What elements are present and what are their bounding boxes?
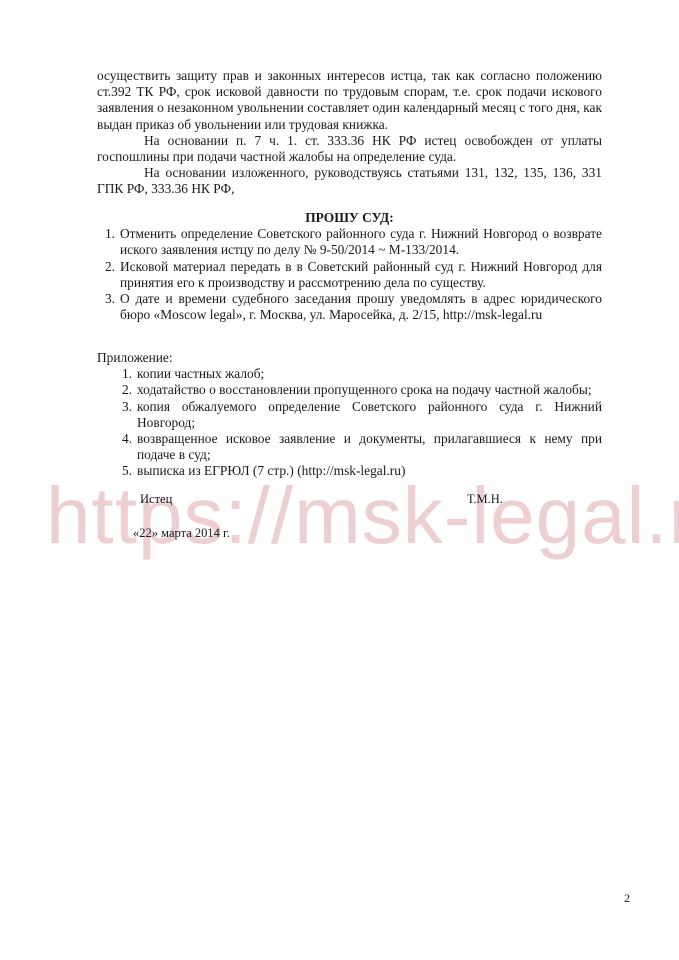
annex-item: 4.возвращенное исковое заявление и докум… (110, 431, 602, 463)
watermark: https://msk-legal.ru (46, 476, 679, 556)
signature-role: Истец (140, 492, 172, 507)
signature-date: «22» марта 2014 г. (133, 526, 230, 541)
annex-section: Приложение: 1.копии частных жалоб; 2.ход… (97, 350, 602, 480)
body-text-top: осуществить защиту прав и законных интер… (97, 68, 602, 198)
request-item: 1.Отменить определение Советского районн… (93, 226, 602, 258)
annex-item: 3.копия обжалуемого определение Советско… (110, 399, 602, 431)
paragraph-2: На основании п. 7 ч. 1. ст. 333.36 НК РФ… (97, 133, 602, 165)
request-heading: ПРОШУ СУД: (97, 210, 602, 226)
request-list: 1.Отменить определение Советского районн… (93, 226, 602, 323)
paragraph-1: осуществить защиту прав и законных интер… (97, 68, 602, 133)
paragraph-3: На основании изложенного, руководствуясь… (97, 165, 602, 197)
annex-heading: Приложение: (97, 350, 602, 366)
signature-initials: Т.М.Н. (467, 492, 503, 507)
annex-item: 2.ходатайство о восстановлении пропущенн… (110, 382, 602, 398)
annex-item: 5.выписка из ЕГРЮЛ (7 стр.) (http://msk-… (110, 463, 602, 479)
document-page: https://msk-legal.ru осуществить защиту … (0, 0, 679, 960)
request-item: 2.Исковой материал передать в в Советски… (93, 259, 602, 291)
annex-list: 1.копии частных жалоб; 2.ходатайство о в… (110, 366, 602, 479)
annex-item: 1.копии частных жалоб; (110, 366, 602, 382)
page-number: 2 (624, 891, 630, 906)
request-section: ПРОШУ СУД: 1.Отменить определение Советс… (97, 210, 602, 323)
request-item: 3.О дате и времени судебного заседания п… (93, 291, 602, 323)
